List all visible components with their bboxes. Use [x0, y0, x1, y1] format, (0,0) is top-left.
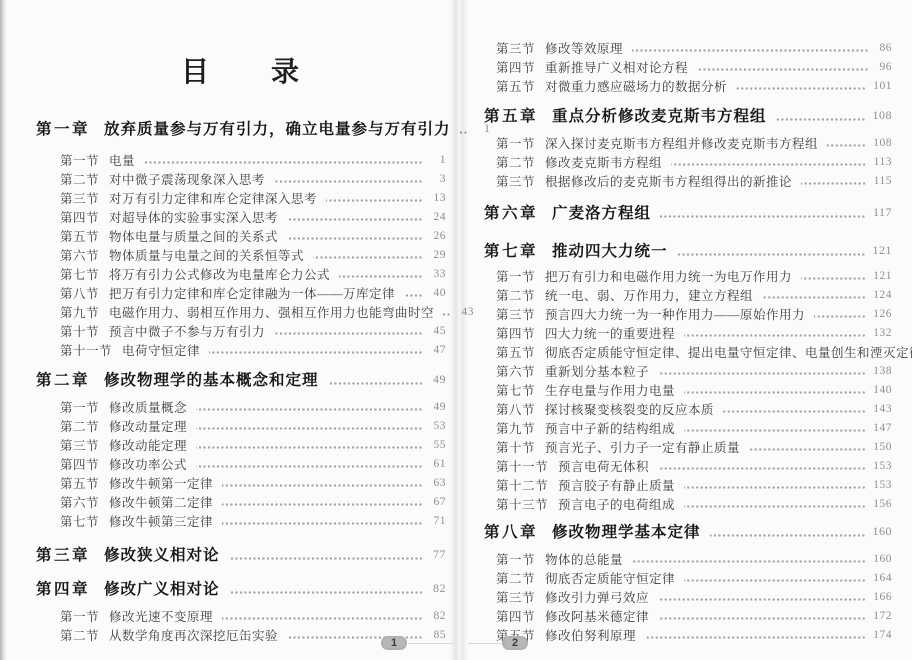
toc-chapter-entry: 第二章修改物理学的基本概念和定理49	[36, 365, 446, 393]
toc-section-entry: 第二节修改麦克斯韦方程组113	[484, 152, 892, 171]
entry-page-number: 82	[430, 610, 446, 622]
entry-title: 修改光速不变原理	[109, 607, 213, 625]
entry-page-number: 40	[430, 287, 446, 299]
dot-leader	[697, 68, 869, 71]
entry-label: 第七节	[60, 512, 99, 530]
toc-section-entry: 第三节预言四大力统一为一种作用力——原始作用力126	[484, 304, 892, 323]
toc-section-entry: 第十一节预言电荷无体积153	[484, 456, 892, 475]
dot-leader	[684, 579, 866, 582]
toc-chapter-entry: 第七章推动四大力统一121	[484, 236, 892, 264]
entry-label: 第七章	[484, 239, 538, 261]
dot-leader	[762, 296, 866, 299]
entry-label: 第七节	[496, 381, 535, 399]
entry-title: 修改物理学基本定律	[552, 520, 701, 542]
toc-section-entry: 第二节彻底否定质能守恒定律164	[484, 568, 892, 587]
entry-page-number: 147	[873, 422, 892, 434]
entry-label: 第三节	[496, 588, 535, 606]
entry-title: 四大力统一的重要进程	[545, 324, 675, 342]
entry-title: 放弃质量参与万有引力，确立电量参与万有引力	[104, 117, 451, 139]
entry-page-number: 82	[430, 581, 446, 596]
dot-leader	[660, 215, 866, 218]
toc-chapter-entry: 第六章广麦洛方程组117	[484, 198, 892, 226]
entry-page-number: 124	[873, 289, 892, 301]
entry-title: 广麦洛方程组	[552, 201, 651, 223]
dot-leader	[684, 486, 866, 489]
dot-leader	[229, 557, 423, 560]
toc-section-entry: 第三节修改等效原理86	[484, 38, 892, 57]
entry-label: 第六节	[60, 246, 99, 264]
entry-page-number: 29	[430, 249, 446, 261]
entry-label: 第六节	[60, 493, 99, 511]
toc-section-entry: 第七节修改牛顿第三定律71	[36, 511, 446, 530]
entry-label: 第一节	[496, 550, 535, 568]
entry-title: 修改麦克斯韦方程组	[545, 153, 662, 171]
toc-entries-right: 第三节修改等效原理86第四节重新推导广义相对论方程96第五节对微重力感应磁场力的…	[484, 38, 892, 644]
entry-page-number: 132	[873, 327, 892, 339]
dot-leader	[222, 617, 423, 620]
entry-label: 第三节	[60, 189, 99, 207]
entry-page-number: 53	[430, 420, 446, 432]
entry-page-number: 49	[430, 401, 446, 413]
entry-page-number: 85	[430, 629, 446, 641]
entry-label: 第二节	[496, 153, 535, 171]
toc-section-entry: 第七节将万有引力公式修改为电量库仑力公式33	[36, 264, 446, 283]
entry-title: 统一电、弱、万作用力，建立方程组	[545, 286, 753, 304]
toc-section-entry: 第五节修改牛顿第一定律63	[36, 473, 446, 492]
toc-section-entry: 第一节深入探讨麦克斯韦方程组并修改麦克斯韦方程组108	[484, 133, 892, 152]
dot-leader	[658, 617, 866, 620]
entry-page-number: 115	[874, 175, 892, 187]
entry-label: 第八节	[496, 400, 535, 418]
entry-title: 对中微子震荡现象深入思考	[109, 170, 265, 188]
entry-label: 第一章	[36, 117, 90, 139]
entry-label: 第一节	[496, 134, 535, 152]
entry-page-number: 108	[873, 137, 892, 149]
entry-title: 修改伯努利原理	[545, 626, 636, 644]
dot-leader	[801, 182, 867, 185]
entry-title: 重新推导广义相对论方程	[545, 58, 688, 76]
entry-page-number: 61	[430, 458, 446, 470]
toc-section-entry: 第三节根据修改后的麦克斯韦方程组得出的新推论115	[484, 171, 892, 190]
dot-leader	[196, 427, 423, 430]
entry-title: 探讨核聚变核裂变的反应本质	[545, 400, 714, 418]
entry-title: 电量	[109, 151, 135, 169]
entry-page-number: 113	[874, 156, 892, 168]
toc-chapter-entry: 第一章放弃质量参与万有引力，确立电量参与万有引力1	[36, 114, 446, 142]
footer-rule-right	[468, 643, 504, 644]
entry-page-number: 153	[873, 460, 892, 472]
entry-page-number: 160	[873, 553, 892, 565]
toc-chapter-entry: 第三章修改狭义相对论77	[36, 540, 446, 568]
dot-leader	[632, 560, 866, 563]
dot-leader	[814, 315, 866, 318]
entry-label: 第八章	[484, 520, 538, 542]
page-number-badge-left: 1	[381, 636, 407, 650]
dot-leader	[274, 332, 423, 335]
entry-title: 修改牛顿第三定律	[109, 512, 213, 530]
entry-page-number: 26	[430, 230, 446, 242]
entry-label: 第一节	[60, 151, 99, 169]
toc-title: 目 录	[36, 56, 446, 90]
toc-section-entry: 第三节对万有引力定律和库仑定律深入思考13	[36, 188, 446, 207]
dot-leader	[326, 199, 423, 202]
toc-section-entry: 第二节修改动量定理53	[36, 416, 446, 435]
toc-section-entry: 第十二节预言胶子有静止质量153	[484, 475, 892, 494]
book-toc-scan: { "toc_title": "目 录", "left_page": { "pa…	[0, 0, 912, 660]
entry-page-number: 86	[876, 42, 892, 54]
dot-leader	[671, 163, 867, 166]
entry-label: 第二节	[60, 417, 99, 435]
toc-section-entry: 第六节重新划分基本粒子138	[484, 361, 892, 380]
entry-label: 第九节	[60, 303, 99, 321]
entry-label: 第三节	[496, 172, 535, 190]
entry-title: 物体质量与电量之间的关系恒等式	[109, 246, 304, 264]
entry-label: 第四节	[496, 58, 535, 76]
dot-leader	[658, 467, 866, 470]
dot-leader	[328, 382, 423, 385]
entry-title: 预言中微子不参与万有引力	[109, 322, 265, 340]
toc-section-entry: 第十一节电荷守恒定律47	[36, 340, 446, 359]
entry-label: 第五节	[496, 343, 535, 361]
entry-page-number: 47	[430, 344, 446, 356]
dot-leader	[229, 591, 423, 594]
entry-page-number: 172	[873, 610, 892, 622]
entry-title: 预言电子的电荷组成	[558, 495, 675, 513]
entry-title: 从数学角度再次深挖厄缶实验	[109, 626, 278, 644]
entry-label: 第一节	[60, 607, 99, 625]
toc-section-entry: 第四节对超导体的实验事实深入思考24	[36, 207, 446, 226]
dot-leader	[274, 180, 423, 183]
entry-label: 第五节	[60, 474, 99, 492]
toc-chapter-entry: 第四章修改广义相对论82	[36, 574, 446, 602]
toc-section-entry: 第六节物体质量与电量之间的关系恒等式29	[36, 245, 446, 264]
entry-title: 对万有引力定律和库仑定律深入思考	[109, 189, 317, 207]
entry-title: 修改质量概念	[109, 398, 187, 416]
toc-section-entry: 第一节物体的总能量160	[484, 549, 892, 568]
toc-section-entry: 第六节修改牛顿第二定律67	[36, 492, 446, 511]
entry-page-number: 55	[430, 439, 446, 451]
dot-leader	[209, 351, 423, 354]
entry-label: 第十节	[496, 438, 535, 456]
toc-section-entry: 第三节修改引力弹弓效应166	[484, 587, 892, 606]
entry-page-number: 24	[430, 211, 446, 223]
entry-title: 电荷守恒定律	[122, 341, 200, 359]
entry-label: 第五节	[496, 77, 535, 95]
entry-label: 第一节	[496, 267, 535, 285]
entry-label: 第二节	[60, 626, 99, 644]
entry-page-number: 77	[430, 547, 446, 562]
entry-title: 对超导体的实验事实深入思考	[109, 208, 278, 226]
entry-page-number: 49	[430, 372, 446, 387]
entry-page-number: 140	[873, 384, 892, 396]
entry-page-number: 63	[430, 477, 446, 489]
toc-section-entry: 第七节生存电量与作用力电量140	[484, 380, 892, 399]
entry-title: 把万有引力和电磁作用力统一为电万作用力	[545, 267, 792, 285]
entry-label: 第三节	[496, 305, 535, 323]
entry-title: 重新划分基本粒子	[545, 362, 649, 380]
dot-leader	[313, 256, 423, 259]
toc-page-right: 第三节修改等效原理86第四节重新推导广义相对论方程96第五节对微重力感应磁场力的…	[468, 0, 912, 660]
entry-title: 修改牛顿第二定律	[109, 493, 213, 511]
entry-page-number: 71	[430, 515, 446, 527]
toc-section-entry: 第一节电量1	[36, 150, 446, 169]
entry-page-number: 164	[873, 572, 892, 584]
page-gutter-shadow	[450, 0, 468, 660]
entry-label: 第十三节	[496, 495, 548, 513]
toc-chapter-entry: 第五章重点分析修改麦克斯韦方程组108	[484, 101, 892, 129]
dot-leader	[684, 429, 866, 432]
entry-title: 预言中子新的结构组成	[545, 419, 675, 437]
dot-leader	[736, 87, 866, 90]
entry-title: 将万有引力公式修改为电量库仑力公式	[109, 265, 330, 283]
entry-label: 第二章	[36, 368, 90, 390]
entry-label: 第四节	[60, 455, 99, 473]
dot-leader	[645, 636, 866, 639]
entry-label: 第五节	[60, 227, 99, 245]
dot-leader	[287, 218, 423, 221]
entry-title: 修改等效原理	[545, 39, 623, 57]
entry-label: 第一节	[60, 398, 99, 416]
entry-title: 修改物理学的基本概念和定理	[104, 368, 319, 390]
dot-leader	[339, 275, 423, 278]
dot-leader	[684, 391, 866, 394]
dot-leader	[658, 598, 866, 601]
entry-label: 第三章	[36, 543, 90, 565]
toc-section-entry: 第四节四大力统一的重要进程132	[484, 323, 892, 342]
entry-page-number: 108	[873, 108, 893, 123]
toc-section-entry: 第十节预言光子、引力子一定有静止质量150	[484, 437, 892, 456]
toc-section-entry: 第九节预言中子新的结构组成147	[484, 418, 892, 437]
entry-title: 物体电量与质量之间的关系式	[109, 227, 278, 245]
entry-title: 把万有引力定律和库仑定律融为一体——万库定律	[109, 284, 395, 302]
entry-page-number: 45	[430, 325, 446, 337]
footer-rule-left	[408, 643, 454, 644]
entry-page-number: 1	[430, 154, 446, 166]
entry-title: 预言光子、引力子一定有静止质量	[545, 438, 740, 456]
dot-leader	[677, 253, 866, 256]
dot-leader	[710, 534, 866, 537]
entry-label: 第六节	[496, 362, 535, 380]
entry-page-number: 143	[873, 403, 892, 415]
entry-page-number: 101	[873, 80, 892, 92]
dot-leader	[801, 277, 866, 280]
entry-page-number: 126	[873, 308, 892, 320]
entry-page-number: 121	[873, 243, 893, 258]
entry-label: 第三节	[60, 436, 99, 454]
page-number-badge-right: 2	[502, 636, 528, 650]
entry-label: 第十二节	[496, 476, 548, 494]
dot-leader	[658, 372, 866, 375]
entry-title: 预言四大力统一为一种作用力——原始作用力	[545, 305, 805, 323]
dot-leader	[776, 118, 866, 121]
entry-label: 第四节	[60, 208, 99, 226]
entry-page-number: 160	[873, 524, 893, 539]
dot-leader	[222, 503, 423, 506]
toc-section-entry: 第一节修改质量概念49	[36, 397, 446, 416]
dot-leader	[287, 237, 423, 240]
entry-label: 第二节	[496, 286, 535, 304]
entry-title: 修改动量定理	[109, 417, 187, 435]
entry-title: 修改动能定理	[109, 436, 187, 454]
toc-section-entry: 第一节把万有引力和电磁作用力统一为电万作用力121	[484, 266, 892, 285]
entry-label: 第三节	[496, 39, 535, 57]
entry-title: 生存电量与作用力电量	[545, 381, 675, 399]
entry-page-number: 117	[873, 205, 892, 220]
dot-leader	[749, 448, 866, 451]
entry-title: 根据修改后的麦克斯韦方程组得出的新推论	[545, 172, 792, 190]
entry-title: 修改功率公式	[109, 455, 187, 473]
dot-leader	[196, 446, 423, 449]
scan-edge-shadow	[0, 0, 7, 660]
toc-section-entry: 第二节统一电、弱、万作用力，建立方程组124	[484, 285, 892, 304]
entry-page-number: 121	[873, 270, 892, 282]
toc-section-entry: 第五节修改伯努利原理174	[484, 625, 892, 644]
entry-page-number: 150	[873, 441, 892, 453]
entry-label: 第六章	[484, 201, 538, 223]
toc-section-entry: 第八节把万有引力定律和库仑定律融为一体——万库定律40	[36, 283, 446, 302]
toc-section-entry: 第一节修改光速不变原理82	[36, 606, 446, 625]
dot-leader	[196, 408, 423, 411]
entry-title: 预言胶子有静止质量	[558, 476, 675, 494]
dot-leader	[723, 410, 866, 413]
toc-section-entry: 第四节修改功率公式61	[36, 454, 446, 473]
entry-label: 第十一节	[496, 457, 548, 475]
entry-title: 电磁作用力、弱相互作用力、强相互作用力也能弯曲时空	[109, 303, 434, 321]
entry-page-number: 13	[430, 192, 446, 204]
entry-page-number: 3	[430, 173, 446, 185]
entry-page-number: 166	[873, 591, 892, 603]
entry-title: 重点分析修改麦克斯韦方程组	[552, 104, 767, 126]
toc-section-entry: 第八节探讨核聚变核裂变的反应本质143	[484, 399, 892, 418]
entry-label: 第五章	[484, 104, 538, 126]
entry-label: 第十节	[60, 322, 99, 340]
toc-section-entry: 第五节对微重力感应磁场力的数据分析101	[484, 76, 892, 95]
toc-section-entry: 第十三节预言电子的电荷组成156	[484, 494, 892, 513]
dot-leader	[196, 465, 423, 468]
toc-section-entry: 第五节彻底否定质能守恒定律、提出电量守恒定律、电量创生和湮灭定律134	[484, 342, 892, 361]
entry-title: 修改阿基米德定律	[545, 607, 649, 625]
entry-title: 物体的总能量	[545, 550, 623, 568]
entry-title: 修改狭义相对论	[104, 543, 220, 565]
dot-leader	[144, 161, 423, 164]
entry-label: 第四章	[36, 577, 90, 599]
entry-label: 第九节	[496, 419, 535, 437]
entry-page-number: 153	[873, 479, 892, 491]
entry-title: 预言电荷无体积	[558, 457, 649, 475]
dot-leader	[222, 484, 423, 487]
entry-page-number: 33	[430, 268, 446, 280]
dot-leader	[684, 505, 866, 508]
toc-chapter-entry: 第八章修改物理学基本定律160	[484, 517, 892, 545]
entry-label: 第二节	[496, 569, 535, 587]
entry-title: 彻底否定质能守恒定律、提出电量守恒定律、电量创生和湮灭定律	[545, 343, 912, 361]
entry-page-number: 156	[873, 498, 892, 510]
dot-leader	[684, 334, 866, 337]
toc-entries-left: 第一章放弃质量参与万有引力，确立电量参与万有引力1第一节电量1第二节对中微子震荡…	[36, 114, 446, 644]
dot-leader	[827, 144, 866, 147]
entry-label: 第七节	[60, 265, 99, 283]
toc-section-entry: 第三节修改动能定理55	[36, 435, 446, 454]
entry-title: 彻底否定质能守恒定律	[545, 569, 675, 587]
entry-label: 第四节	[496, 324, 535, 342]
entry-label: 第四节	[496, 607, 535, 625]
toc-section-entry: 第四节重新推导广义相对论方程96	[484, 57, 892, 76]
entry-title: 修改牛顿第一定律	[109, 474, 213, 492]
toc-section-entry: 第二节对中微子震荡现象深入思考3	[36, 169, 446, 188]
entry-label: 第十一节	[60, 341, 112, 359]
entry-page-number: 67	[430, 496, 446, 508]
toc-page-left: 目 录 第一章放弃质量参与万有引力，确立电量参与万有引力1第一节电量1第二节对中…	[7, 0, 450, 660]
entry-page-number: 96	[876, 61, 892, 73]
dot-leader	[632, 49, 869, 52]
entry-page-number: 174	[873, 629, 892, 641]
entry-title: 修改引力弹弓效应	[545, 588, 649, 606]
entry-label: 第八节	[60, 284, 99, 302]
entry-title: 对微重力感应磁场力的数据分析	[545, 77, 727, 95]
entry-label: 第二节	[60, 170, 99, 188]
dot-leader	[222, 522, 423, 525]
toc-section-entry: 第四节修改阿基米德定律172	[484, 606, 892, 625]
dot-leader	[404, 294, 423, 297]
toc-section-entry: 第九节电磁作用力、弱相互作用力、强相互作用力也能弯曲时空43	[36, 302, 446, 321]
entry-page-number: 138	[873, 365, 892, 377]
entry-title: 深入探讨麦克斯韦方程组并修改麦克斯韦方程组	[545, 134, 818, 152]
entry-title: 修改广义相对论	[104, 577, 220, 599]
toc-section-entry: 第五节物体电量与质量之间的关系式26	[36, 226, 446, 245]
entry-title: 推动四大力统一	[552, 239, 668, 261]
toc-section-entry: 第十节预言中微子不参与万有引力45	[36, 321, 446, 340]
